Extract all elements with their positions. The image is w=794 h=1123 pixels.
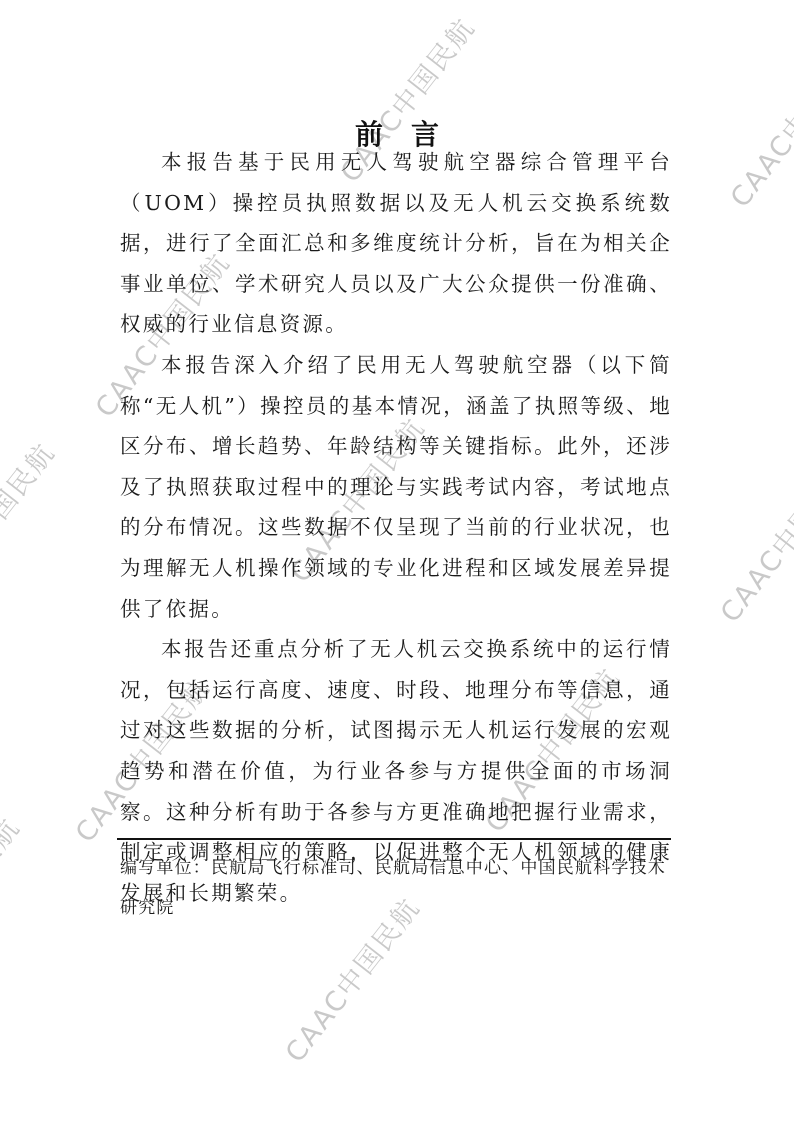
paragraph: 本报告基于民用无人驾驶航空器综合管理平台（UOM）操控员执照数据以及无人机云交换… [120, 142, 672, 345]
authoring-units: 编写单位：民航局飞行标准司、民航局信息中心、中国民航科学技术研究院 [120, 848, 676, 928]
divider [117, 838, 671, 840]
watermark: CAAC中国民航 [0, 808, 27, 989]
preface-body: 本报告基于民用无人驾驶航空器综合管理平台（UOM）操控员执照数据以及无人机云交换… [120, 142, 672, 913]
watermark: CAAC中国民航 [709, 448, 794, 629]
paragraph: 本报告深入介绍了民用无人驾驶航空器（以下简称“无人机”）操控员的基本情况，涵盖了… [120, 345, 672, 629]
document-page: CAAC中国民航 CAAC中国民航 CAAC中国民航 CAAC中国民航 CAAC… [0, 0, 794, 1123]
watermark: CAAC中国民航 [0, 433, 62, 614]
